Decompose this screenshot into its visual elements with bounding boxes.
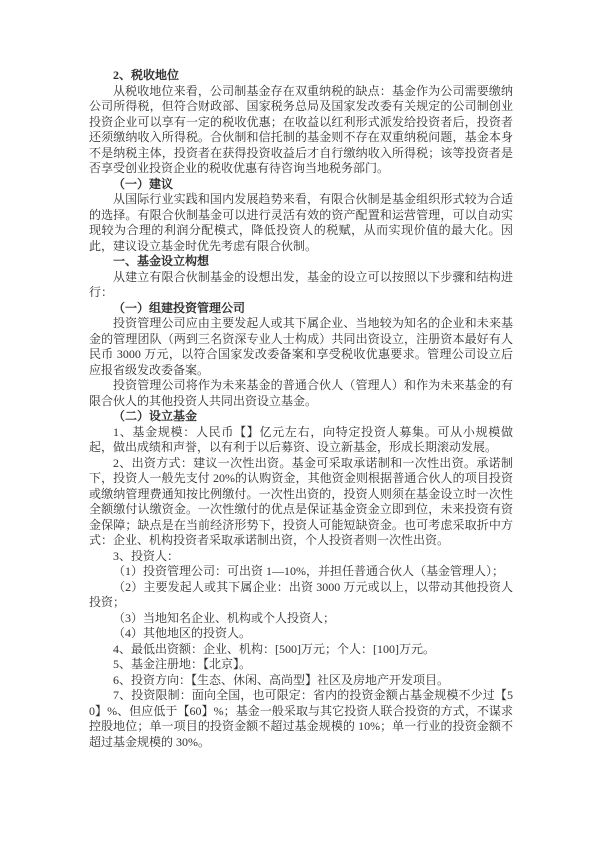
paragraph: 从国际行业实践和国内发展趋势来看，有限合伙制是基金组织形式较为合适的选择。有限合… bbox=[89, 192, 513, 254]
paragraph: 1、基金规模：人民币【】亿元左右，向特定投资人募集。可从小规模做起，做出成绩和声… bbox=[89, 425, 513, 456]
paragraph: 7、投资限制：面向全国，也可限定：省内的投资金额占基金规模不少过【50】%、但应… bbox=[89, 688, 513, 750]
document-page: 2、税收地位从税收地位来看，公司制基金存在双重纳税的缺点：基金作为公司需要缴纳公… bbox=[0, 0, 596, 842]
section-heading: （二）设立基金 bbox=[89, 409, 513, 425]
section-heading: 一、基金设立构想 bbox=[89, 254, 513, 270]
paragraph: 2、出资方式：建议一次性出资。基金可采取承诺制和一次性出资。承诺制下，投资人一般… bbox=[89, 456, 513, 549]
section-heading: （一）建议 bbox=[89, 177, 513, 193]
paragraph: 从建立有限合伙制基金的设想出发，基金的设立可以按照以下步骤和结构进行： bbox=[89, 270, 513, 301]
paragraph: （3）当地知名企业、机构或个人投资人； bbox=[89, 611, 513, 627]
section-heading: 2、税收地位 bbox=[89, 68, 513, 84]
section-heading: （一）组建投资管理公司 bbox=[89, 301, 513, 317]
paragraph: （4）其他地区的投资人。 bbox=[89, 626, 513, 642]
paragraph: 4、最低出资额：企业、机构：[500]万元；个人：[100]万元。 bbox=[89, 642, 513, 658]
document-content: 2、税收地位从税收地位来看，公司制基金存在双重纳税的缺点：基金作为公司需要缴纳公… bbox=[89, 68, 513, 750]
paragraph: （1）投资管理公司：可出资 1—10%，并担任普通合伙人（基金管理人）； bbox=[89, 564, 513, 580]
paragraph: 5、基金注册地：【北京】。 bbox=[89, 657, 513, 673]
paragraph: 6、投资方向：【生态、休闲、高尚型】社区及房地产开发项目。 bbox=[89, 673, 513, 689]
paragraph: （2）主要发起人或其下属企业：出资 3000 万元或以上，以带动其他投资人投资； bbox=[89, 580, 513, 611]
paragraph: 3、投资人： bbox=[89, 549, 513, 565]
paragraph: 投资管理公司将作为未来基金的普通合伙人（管理人）和作为未来基金的有限合伙人的其他… bbox=[89, 378, 513, 409]
paragraph: 投资管理公司应由主要发起人或其下属企业、当地较为知名的企业和未来基金的管理团队（… bbox=[89, 316, 513, 378]
paragraph: 从税收地位来看，公司制基金存在双重纳税的缺点：基金作为公司需要缴纳公司所得税，但… bbox=[89, 84, 513, 177]
